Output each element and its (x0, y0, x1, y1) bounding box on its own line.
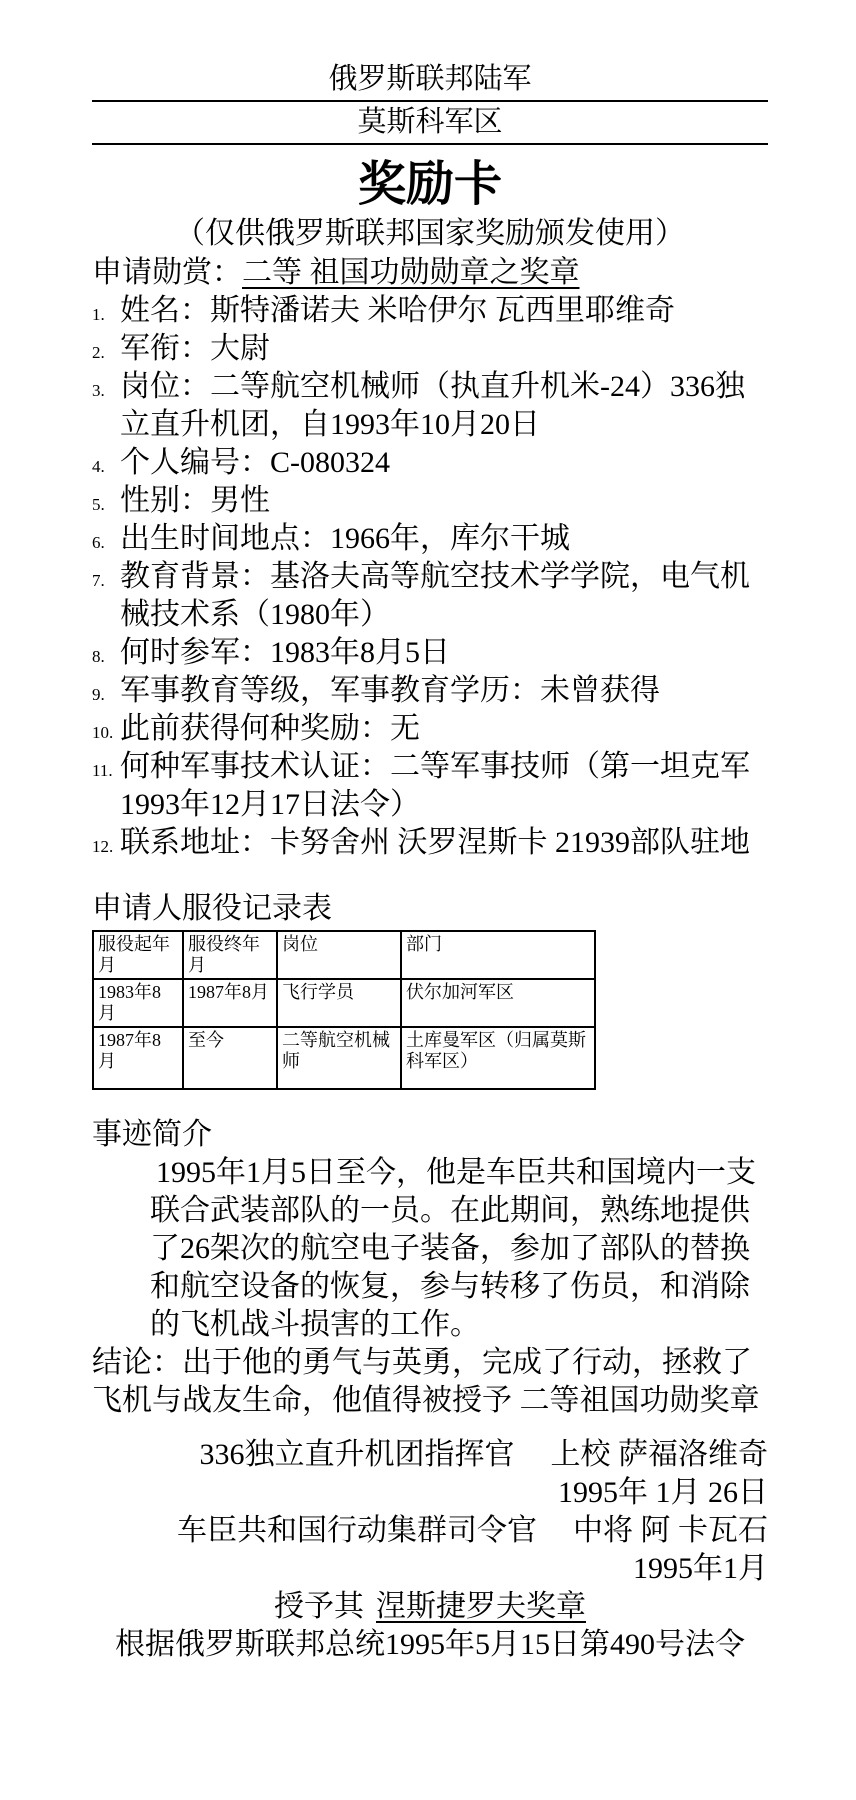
field-text: 军事教育等级，军事教育学历：未曾获得 (120, 674, 660, 707)
service-record-heading: 申请人服役记录表 (92, 890, 768, 928)
field-number: 12. (92, 828, 113, 866)
field-item-contact-address: 12. 联系地址：卡努舍州 沃罗涅斯卡 21939部队驻地 (92, 824, 768, 862)
cell-end-date: 1987年8月 (183, 979, 277, 1027)
field-item-name: 1. 姓名：斯特潘诺夫 米哈伊尔 瓦西里耶维奇 (92, 292, 768, 330)
column-header-end-date: 服役终年月 (183, 931, 277, 979)
page-subtitle: （仅供俄罗斯联邦国家奖励颁发使用） (92, 214, 768, 254)
signature-role: 车臣共和国行动集群司令官 (177, 1512, 537, 1550)
field-number: 4. (92, 448, 105, 486)
table-row: 1987年8月 至今 二等航空机械师 土库曼军区（归属莫斯科军区） (93, 1027, 595, 1089)
field-number: 3. (92, 372, 105, 410)
header-divider-bottom (92, 143, 768, 145)
award-request-label: 申请勋赏： (92, 256, 242, 289)
field-text: 何时参军：1983年8月5日 (120, 636, 450, 669)
field-list: 1. 姓名：斯特潘诺夫 米哈伊尔 瓦西里耶维奇 2. 军衔：大尉 3. 岗位：二… (92, 292, 768, 862)
award-card-document: 俄罗斯联邦陆军 莫斯科军区 奖励卡 （仅供俄罗斯联邦国家奖励颁发使用） 申请勋赏… (0, 0, 856, 1800)
field-text: 出生时间地点：1966年，库尔干城 (120, 522, 570, 555)
cell-department: 伏尔加河军区 (401, 979, 595, 1027)
signature-role: 336独立直升机团指挥官 (200, 1436, 515, 1474)
field-item-gender: 5. 性别：男性 (92, 482, 768, 520)
column-header-position: 岗位 (277, 931, 401, 979)
cell-position: 飞行学员 (277, 979, 401, 1027)
field-text: 性别：男性 (120, 484, 270, 517)
signature-rank-name: 上校 萨福洛维奇 (551, 1436, 769, 1474)
field-number: 2. (92, 334, 105, 372)
field-number: 6. (92, 524, 105, 562)
field-text: 个人编号：C-080324 (120, 446, 390, 479)
document-header: 俄罗斯联邦陆军 莫斯科军区 (92, 62, 768, 145)
signature-date: 1995年1月 (92, 1550, 768, 1588)
field-item-enlistment: 8. 何时参军：1983年8月5日 (92, 634, 768, 672)
signature-date: 1995年 1月 26日 (92, 1474, 768, 1512)
service-record-table: 服役起年月 服役终年月 岗位 部门 1983年8月 1987年8月 飞行学员 伏… (92, 930, 596, 1090)
header-divider-top (92, 100, 768, 102)
field-number: 10. (92, 714, 113, 752)
cell-department: 土库曼军区（归属莫斯科军区） (401, 1027, 595, 1089)
table-header-row: 服役起年月 服役终年月 岗位 部门 (93, 931, 595, 979)
field-item-certification: 11. 何种军事技术认证：二等军事技师（第一坦克军1993年12月17日法令） (92, 748, 768, 824)
award-request-value: 二等 祖国功勋勋章之奖章 (242, 256, 580, 289)
award-medal-name: 涅斯捷罗夫奖章 (376, 1590, 586, 1623)
field-item-birth: 6. 出生时间地点：1966年，库尔干城 (92, 520, 768, 558)
award-request-line: 申请勋赏：二等 祖国功勋勋章之奖章 (92, 254, 768, 292)
cell-start-date: 1987年8月 (93, 1027, 183, 1089)
field-text: 此前获得何种奖励：无 (120, 712, 420, 745)
signature-line-group-commander: 车臣共和国行动集群司令官 中将 阿 卡瓦石 (92, 1512, 768, 1550)
conclusion-paragraph: 结论：出于他的勇气与英勇，完成了行动，拯救了飞机与战友生命，他值得被授予 二等祖… (92, 1344, 768, 1420)
field-text: 何种军事技术认证：二等军事技师（第一坦克军1993年12月17日法令） (120, 750, 750, 821)
field-item-personal-id: 4. 个人编号：C-080324 (92, 444, 768, 482)
field-item-rank: 2. 军衔：大尉 (92, 330, 768, 368)
decree-reference: 根据俄罗斯联邦总统1995年5月15日第490号法令 (113, 1626, 747, 1664)
field-text: 联系地址：卡努舍州 沃罗涅斯卡 21939部队驻地 (120, 826, 750, 859)
award-grant-line: 授予其涅斯捷罗夫奖章 (92, 1588, 768, 1626)
field-item-military-education: 9. 军事教育等级，军事教育学历：未曾获得 (92, 672, 768, 710)
field-number: 5. (92, 486, 105, 524)
signature-line-regiment-commander: 336独立直升机团指挥官 上校 萨福洛维奇 (92, 1436, 768, 1474)
cell-end-date: 至今 (183, 1027, 277, 1089)
field-text: 军衔：大尉 (120, 332, 270, 365)
column-header-start-date: 服役起年月 (93, 931, 183, 979)
field-item-prior-awards: 10. 此前获得何种奖励：无 (92, 710, 768, 748)
deed-summary-heading: 事迹简介 (92, 1116, 768, 1154)
field-number: 11. (92, 752, 113, 790)
table-row: 1983年8月 1987年8月 飞行学员 伏尔加河军区 (93, 979, 595, 1027)
cell-position: 二等航空机械师 (277, 1027, 401, 1089)
army-name: 俄罗斯联邦陆军 (92, 62, 768, 97)
award-grant-prefix: 授予其 (274, 1590, 364, 1623)
field-number: 9. (92, 676, 105, 714)
field-text: 岗位：二等航空机械师（执直升机米-24）336独立直升机团，自1993年10月2… (120, 370, 745, 441)
deed-summary-body: 1995年1月5日至今，他是车臣共和国境内一支联合武装部队的一员。在此期间，熟练… (150, 1154, 768, 1344)
military-district-name: 莫斯科军区 (92, 105, 768, 140)
field-number: 8. (92, 638, 105, 676)
field-number: 7. (92, 562, 105, 600)
column-header-department: 部门 (401, 931, 595, 979)
signature-block: 336独立直升机团指挥官 上校 萨福洛维奇 1995年 1月 26日 车臣共和国… (92, 1436, 768, 1588)
signature-rank-name: 中将 阿 卡瓦石 (573, 1512, 768, 1550)
field-item-position: 3. 岗位：二等航空机械师（执直升机米-24）336独立直升机团，自1993年1… (92, 368, 768, 444)
page-title: 奖励卡 (92, 157, 768, 212)
cell-start-date: 1983年8月 (93, 979, 183, 1027)
field-text: 姓名：斯特潘诺夫 米哈伊尔 瓦西里耶维奇 (120, 294, 675, 327)
field-text: 教育背景：基洛夫高等航空技术学学院，电气机械技术系（1980年） (120, 560, 750, 631)
field-number: 1. (92, 296, 105, 334)
field-item-education: 7. 教育背景：基洛夫高等航空技术学学院，电气机械技术系（1980年） (92, 558, 768, 634)
